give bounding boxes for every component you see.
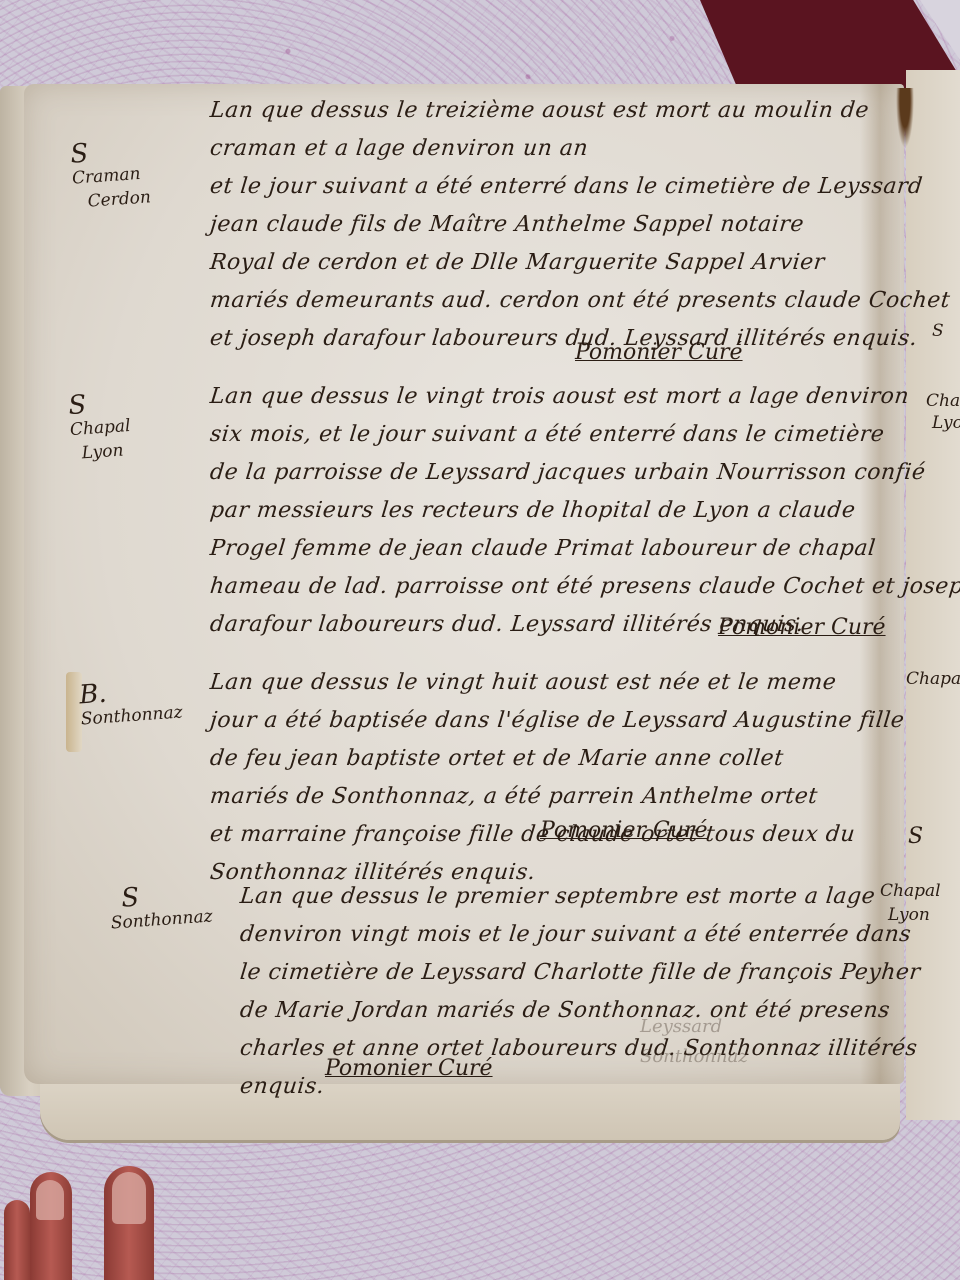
entry-line: craman et a lage denviron un an [208, 130, 902, 168]
curate-signature: Pomonier Curé [575, 340, 743, 365]
right-page-margin-place: Chapal [906, 668, 960, 690]
register-entry-1: Lan que dessus le treizième aoust est mo… [210, 92, 900, 358]
entry-line: hameau de lad. parroisse ont été presens… [208, 568, 902, 606]
entry-line: Lan que dessus le treizième aoust est mo… [208, 92, 902, 130]
thumbnail [112, 1172, 146, 1224]
right-page-margin-place: Chapal [926, 390, 960, 412]
entry-line: par messieurs les recteurs de lhopital d… [208, 492, 902, 530]
margin-parish: Cerdon [87, 185, 152, 213]
entry-line: Royal de cerdon et de Dlle Marguerite Sa… [208, 244, 902, 282]
entry-line: le cimetière de Leyssard Charlotte fille… [238, 954, 892, 992]
entry-line: Lan que dessus le vingt trois aoust est … [208, 378, 902, 416]
entry-line: et le jour suivant a été enterré dans le… [208, 168, 902, 206]
right-page-margin-symbol: S [932, 320, 944, 342]
entry-line: jour a été baptisée dans l'église de Ley… [208, 702, 902, 740]
right-page-margin-parish: Lyon [888, 904, 930, 926]
curate-signature: Pomonier Curé [325, 1056, 493, 1081]
right-page-margin-symbol: S [908, 826, 923, 848]
bleedthrough-text: Leyssard [640, 1016, 722, 1037]
right-page-margin-parish: Lyon [932, 412, 960, 434]
margin-note-entry-4: S Sonthonnaz [108, 881, 213, 936]
register-entry-3: Lan que dessus le vingt huit aoust est n… [210, 664, 900, 892]
entry-line: Lan que dessus le vingt huit aoust est n… [208, 664, 902, 702]
margin-note-entry-3: B. Sonthonnaz [78, 677, 183, 732]
margin-note-entry-2: S Chapal Lyon [68, 390, 133, 466]
curate-signature: Pomonier Curé [718, 615, 886, 640]
finger [4, 1200, 30, 1280]
fingernail [36, 1180, 64, 1220]
entry-line: de Marie Jordan mariés de Sonthonnaz. on… [238, 992, 892, 1030]
bleedthrough-text: Sonthonnaz [640, 1046, 748, 1067]
margin-parish: Lyon [81, 438, 133, 465]
register-entry-2: Lan que dessus le vingt trois aoust est … [210, 378, 900, 644]
margin-note-entry-1: S Craman Cerdon [70, 137, 152, 214]
entry-line: mariés de Sonthonnaz, a été parrein Anth… [208, 778, 902, 816]
entry-line: Lan que dessus le premier septembre est … [238, 878, 892, 916]
entry-line: denviron vingt mois et le jour suivant a… [238, 916, 892, 954]
entry-line: de feu jean baptiste ortet et de Marie a… [208, 740, 902, 778]
entry-line: et joseph darafour laboureurs dud. Leyss… [208, 320, 902, 358]
entry-line: jean claude fils de Maître Anthelme Sapp… [208, 206, 902, 244]
right-page-margin-place: Chapal [880, 880, 941, 902]
entry-line: Progel femme de jean claude Primat labou… [208, 530, 902, 568]
entry-line: six mois, et le jour suivant a été enter… [208, 416, 902, 454]
curate-signature: Pomonier Curé [540, 818, 708, 843]
entry-line: de la parroisse de Leyssard jacques urba… [208, 454, 902, 492]
entry-line: mariés demeurants aud. cerdon ont été pr… [208, 282, 902, 320]
